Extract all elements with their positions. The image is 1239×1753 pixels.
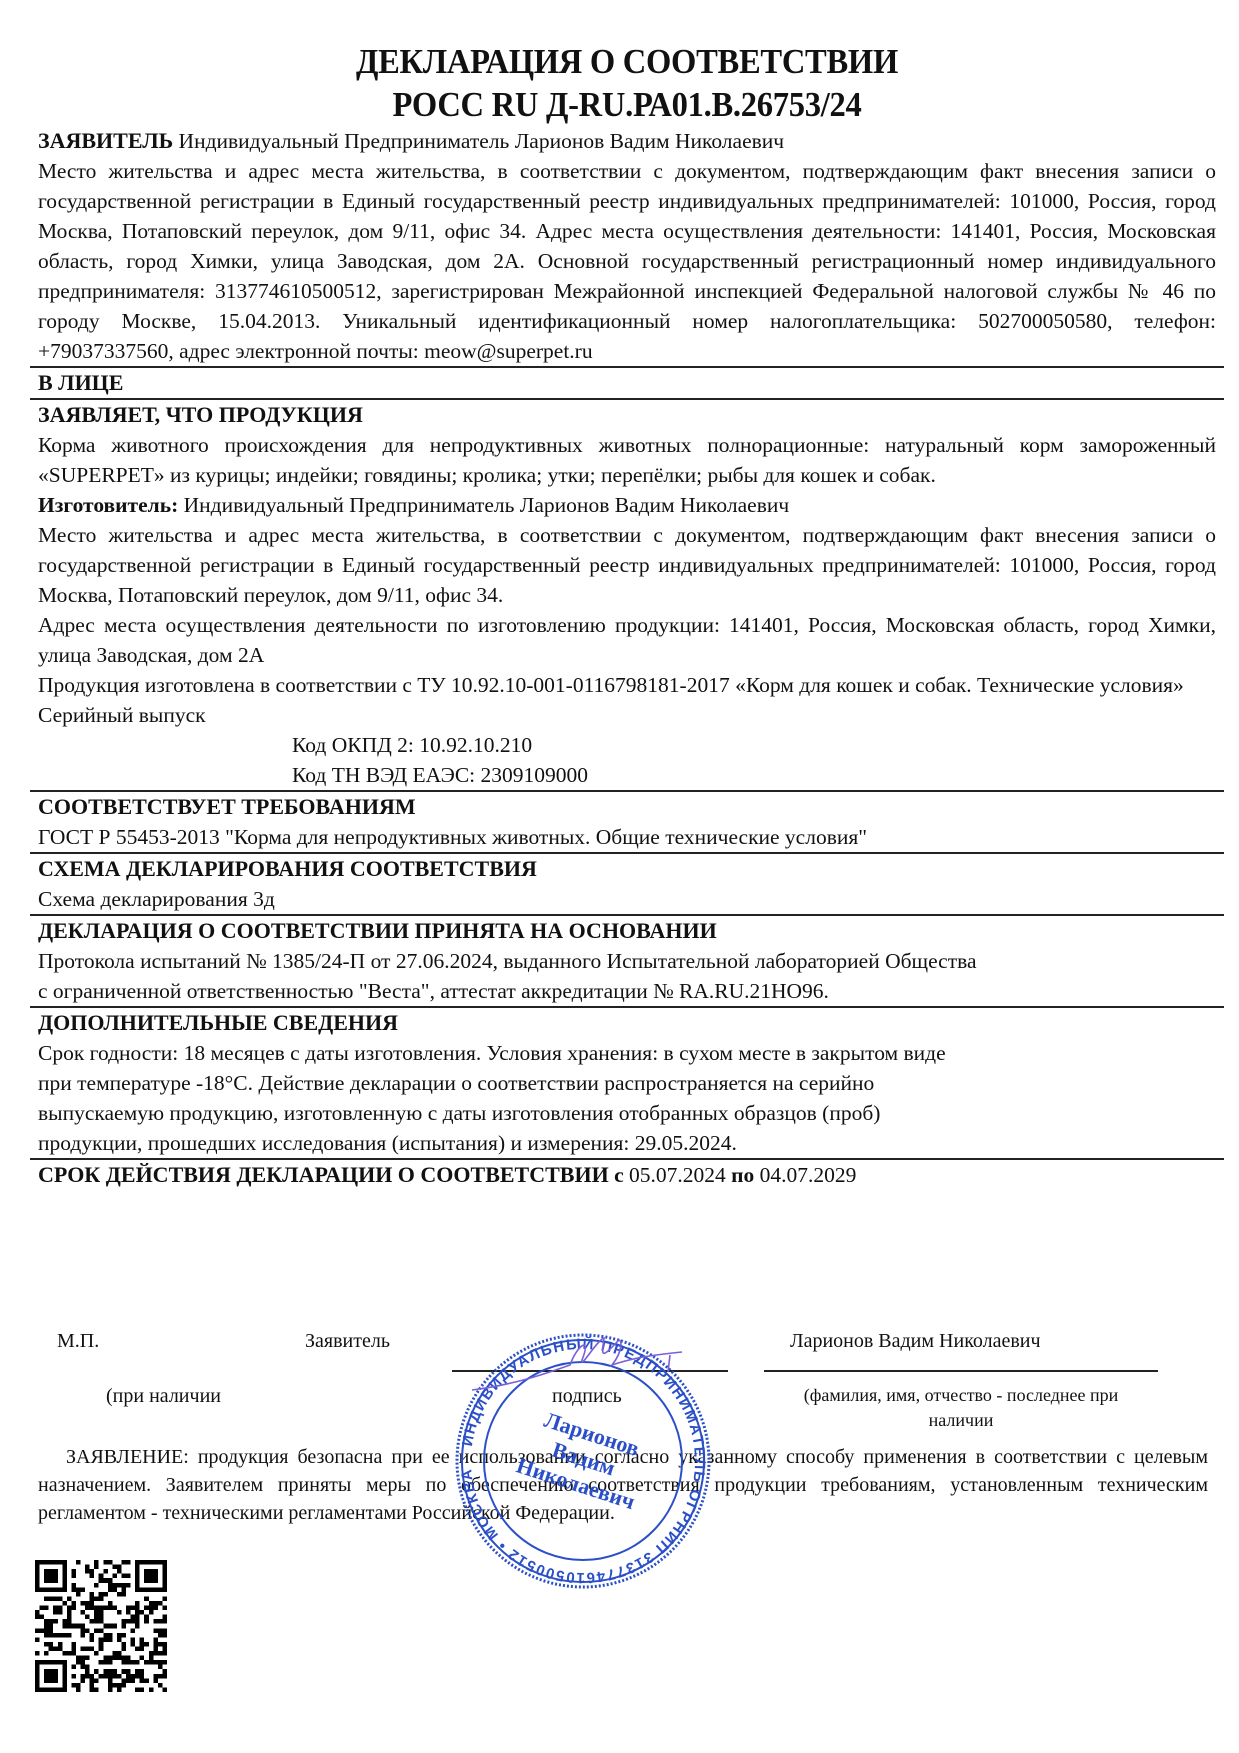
basis-section: ДЕКЛАРАЦИЯ О СООТВЕТСТВИИ ПРИНЯТА НА ОСН… [38, 916, 1216, 1006]
product-description: Корма животного происхождения для непрод… [38, 430, 1216, 490]
validity-to-date: 04.07.2029 [760, 1163, 857, 1187]
applicant-name: Индивидуальный Предприниматель Ларионов … [173, 129, 784, 153]
validity-section: СРОК ДЕЙСТВИЯ ДЕКЛАРАЦИИ О СООТВЕТСТВИИ … [38, 1160, 1216, 1190]
name-caption: (фамилия, имя, отчество - последнее при … [776, 1383, 1146, 1433]
additional-line: Срок годности: 18 месяцев с даты изготов… [38, 1038, 1216, 1068]
manufacturer-residence: Место жительства и адрес места жительств… [38, 520, 1216, 610]
declaration-number: РОСС RU Д-RU.РА01.В.26753/24 [79, 83, 1175, 127]
additional-line: при температуре -18°С. Действие декларац… [38, 1068, 1216, 1098]
requirements-label: СООТВЕТСТВУЕТ ТРЕБОВАНИЯМ [38, 792, 1216, 822]
additional-line: выпускаемую продукцию, изготовленную с д… [38, 1098, 1216, 1128]
scheme-label: СХЕМА ДЕКЛАРИРОВАНИЯ СООТВЕТСТВИЯ [38, 854, 1216, 884]
product-section: ЗАЯВЛЯЕТ, ЧТО ПРОДУКЦИЯ Корма животного … [38, 400, 1216, 790]
scheme-section: СХЕМА ДЕКЛАРИРОВАНИЯ СООТВЕТСТВИЯ Схема … [38, 854, 1216, 914]
name-line [764, 1370, 1158, 1372]
seal-place-label: М.П. [57, 1330, 99, 1353]
okpd-code: Код ОКПД 2: 10.92.10.210 [38, 730, 1216, 760]
additional-section: ДОПОЛНИТЕЛЬНЫЕ СВЕДЕНИЯ Срок годности: 1… [38, 1008, 1216, 1158]
seal-note: (при наличии [106, 1385, 221, 1408]
validity-from-date: 05.07.2024 [629, 1163, 726, 1187]
requirements-text: ГОСТ Р 55453-2013 "Корма для непродуктив… [38, 822, 1216, 852]
applicant-details: Место жительства и адрес места жительств… [38, 156, 1216, 366]
applicant-sign-label: Заявитель [305, 1330, 390, 1353]
document-title: ДЕКЛАРАЦИЯ О СООТВЕТСТВИИ [79, 40, 1175, 84]
applicant-section: ЗАЯВИТЕЛЬ Индивидуальный Предприниматель… [38, 126, 1216, 366]
validity-from-word: с [614, 1163, 624, 1187]
requirements-section: СООТВЕТСТВУЕТ ТРЕБОВАНИЯМ ГОСТ Р 55453-2… [38, 792, 1216, 852]
additional-line: продукции, прошедших исследования (испыт… [38, 1128, 1216, 1158]
in-person-label: В ЛИЦЕ [38, 368, 1216, 398]
product-standard: Продукция изготовлена в соответствии с Т… [38, 670, 1216, 700]
basis-line: Протокола испытаний № 1385/24-П от 27.06… [38, 946, 1216, 976]
signer-name: Ларионов Вадим Николаевич [790, 1330, 1041, 1353]
document-body: ЗАЯВИТЕЛЬ Индивидуальный Предприниматель… [38, 126, 1216, 1190]
release-type: Серийный выпуск [38, 700, 1216, 730]
additional-label: ДОПОЛНИТЕЛЬНЫЕ СВЕДЕНИЯ [38, 1008, 1216, 1038]
manufacturer-activity: Адрес места осуществления деятельности п… [38, 610, 1216, 670]
basis-line: с ограниченной ответственностью "Веста",… [38, 976, 1216, 1006]
manufacturer-label: Изготовитель: [38, 493, 178, 517]
applicant-label: ЗАЯВИТЕЛЬ [38, 128, 173, 153]
validity-label: СРОК ДЕЙСТВИЯ ДЕКЛАРАЦИИ О СООТВЕТСТВИИ [38, 1162, 609, 1187]
basis-label: ДЕКЛАРАЦИЯ О СООТВЕТСТВИИ ПРИНЯТА НА ОСН… [38, 916, 1216, 946]
qr-code [35, 1560, 167, 1692]
validity-to-word: по [731, 1163, 754, 1187]
scheme-text: Схема декларирования 3д [38, 884, 1216, 914]
manufacturer-name: Индивидуальный Предприниматель Ларионов … [178, 493, 789, 517]
tnved-code: Код ТН ВЭД ЕАЭС: 2309109000 [38, 760, 1216, 790]
stamp-seal: ИНДИВИДУАЛЬНЫЙ ПРЕДПРИНИМАТЕЛЬ ОГРНИП 31… [452, 1330, 714, 1592]
declares-label: ЗАЯВЛЯЕТ, ЧТО ПРОДУКЦИЯ [38, 400, 1216, 430]
